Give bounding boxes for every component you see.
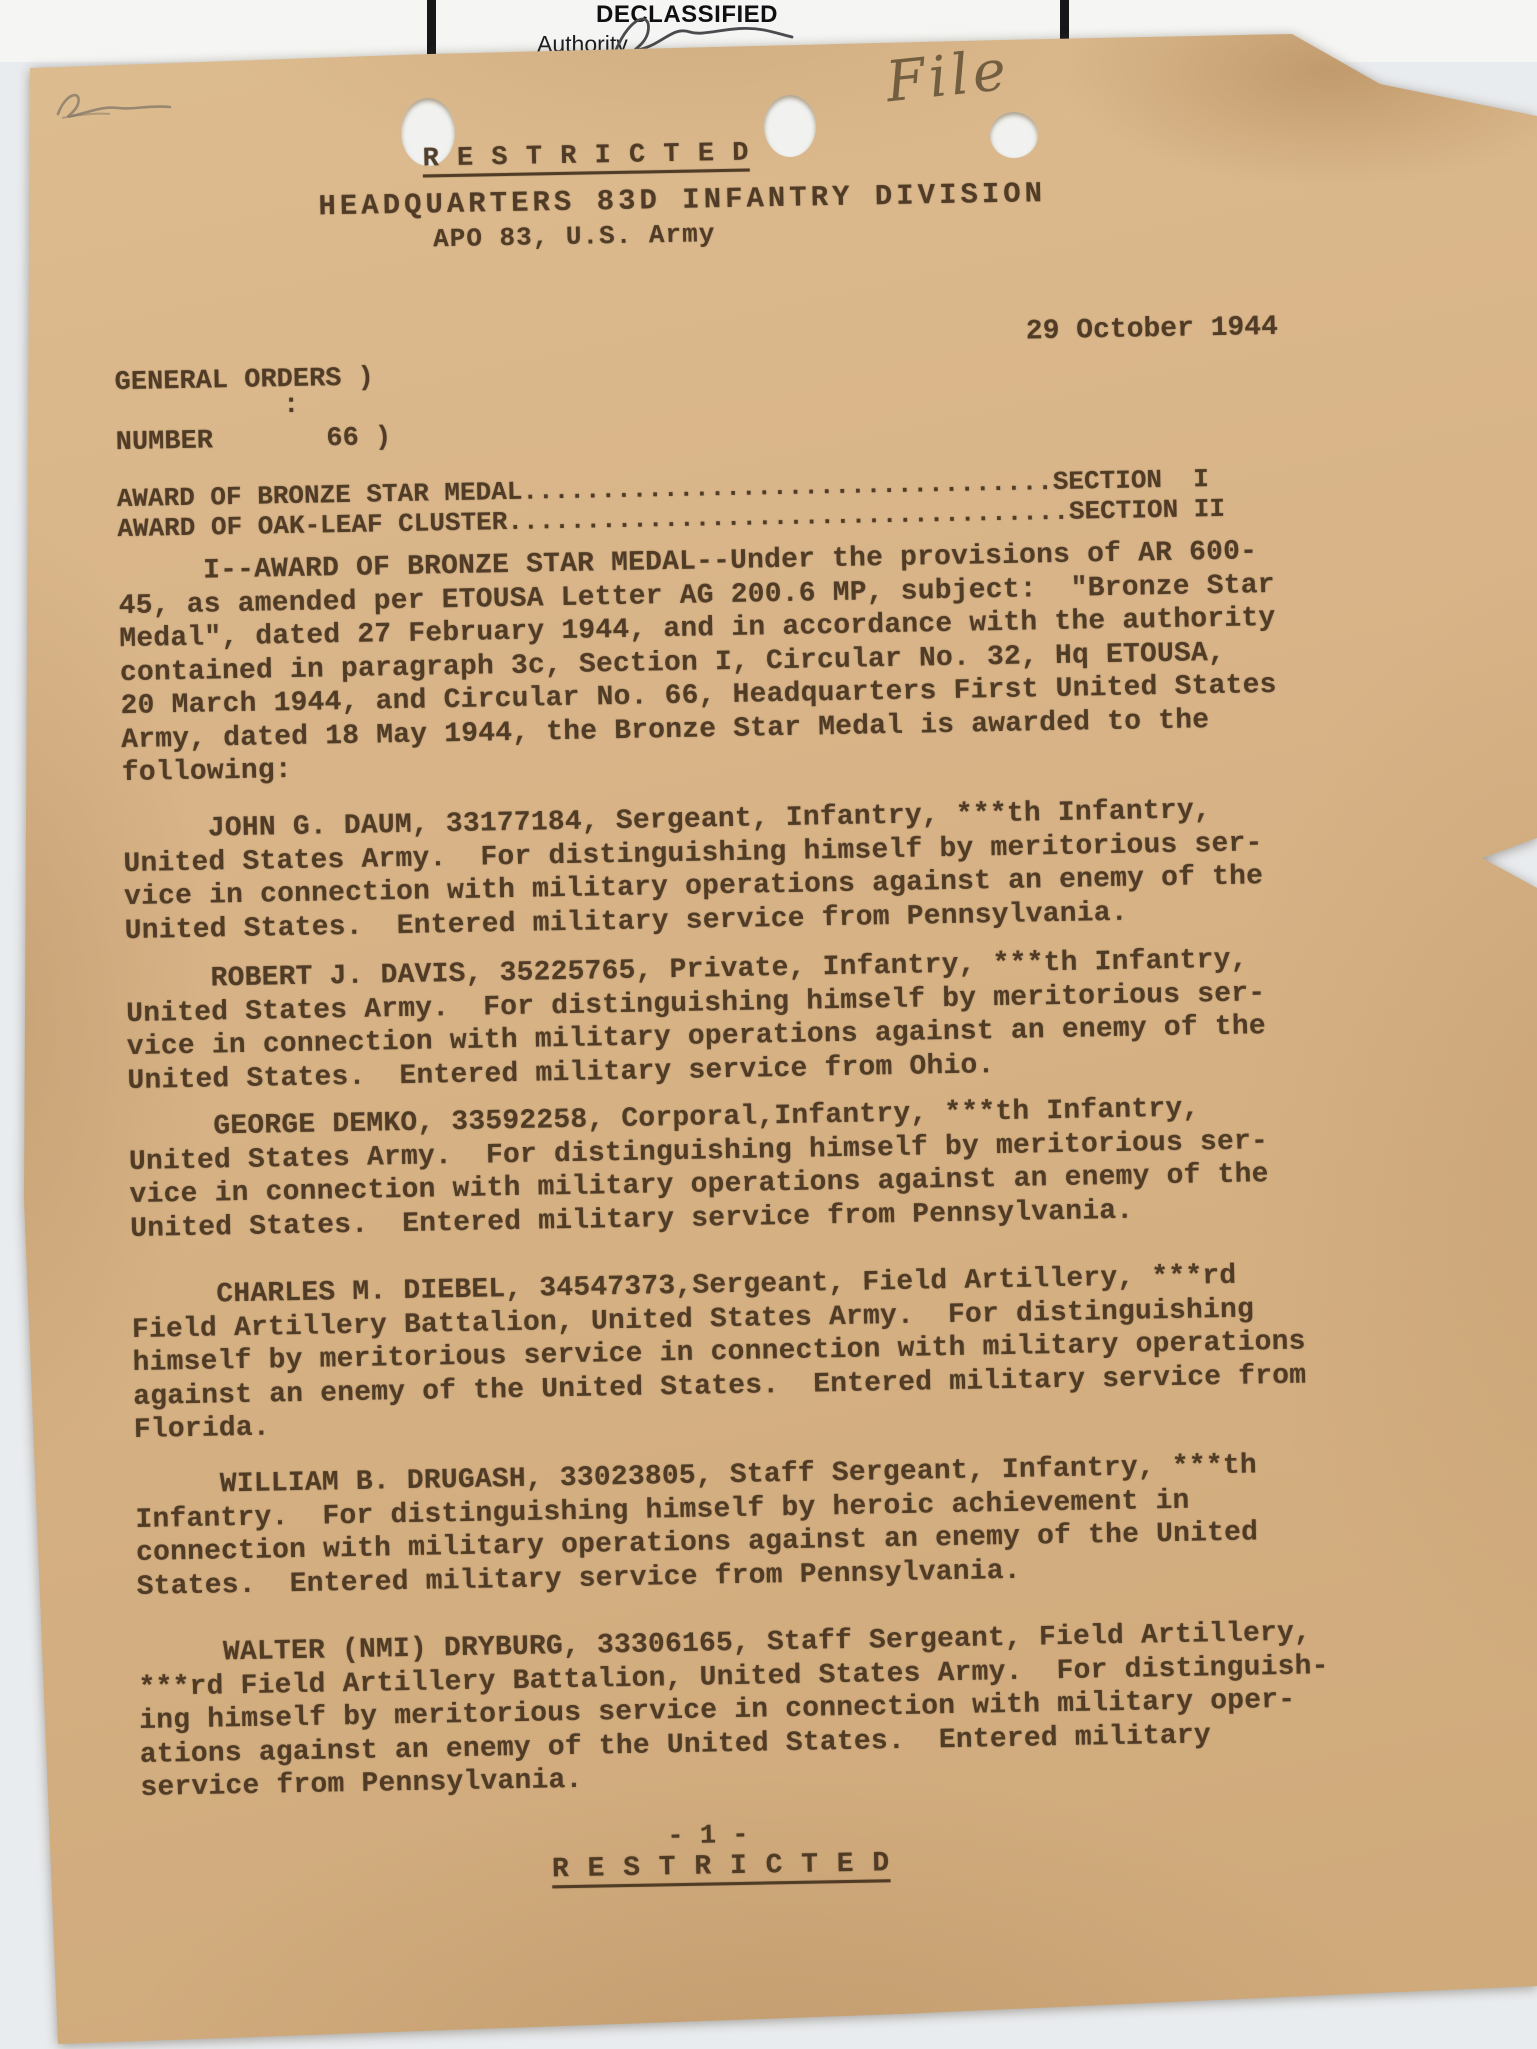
award-paragraph-demko: GEORGE DEMKO, 33592258, Corporal,Infantr… [128,1088,1430,1246]
classification-header: R E S T R I C T E D [422,139,749,175]
award-paragraph-dryburg: WALTER (NMI) DRYBURG, 33306165, Staff Se… [138,1614,1441,1805]
orders-colon: : [283,391,300,421]
award-paragraph-daum: JOHN G. DAUM, 33177184, Sergeant, Infant… [123,790,1425,948]
general-orders-label: GENERAL ORDERS ) [114,363,374,398]
document-page: File R E S T R I C T E D HEADQUARTERS 83… [0,0,1537,2049]
award-intro-paragraph: I--AWARD OF BRONZE STAR MEDAL--Under the… [118,532,1422,790]
classification-footer: R E S T R I C T E D [552,1848,891,1885]
order-number-line: NUMBER 66 ) [116,423,392,458]
award-paragraph-diebel: CHARLES M. DIEBEL, 34547373,Sergeant, Fi… [131,1256,1434,1447]
award-paragraph-davis: ROBERT J. DAVIS, 35225765, Private, Infa… [125,940,1427,1098]
scanner-background: { "scan": { "stamp": { "title": "DECLASS… [0,0,1537,2049]
award-paragraph-drugash: WILLIAM B. DRUGASH, 33023805, Staff Serg… [135,1446,1437,1604]
document-page-wrapper: File R E S T R I C T E D HEADQUARTERS 83… [0,0,1537,2049]
typewritten-content: R E S T R I C T E D HEADQUARTERS 83D INF… [0,0,1537,2049]
order-date: 29 October 1944 [1026,312,1279,348]
apo-line: APO 83, U.S. Army [433,219,716,254]
page-number: - 1 - [667,1821,749,1852]
headquarters-line: HEADQUARTERS 83D INFANTRY DIVISION [318,177,1046,223]
